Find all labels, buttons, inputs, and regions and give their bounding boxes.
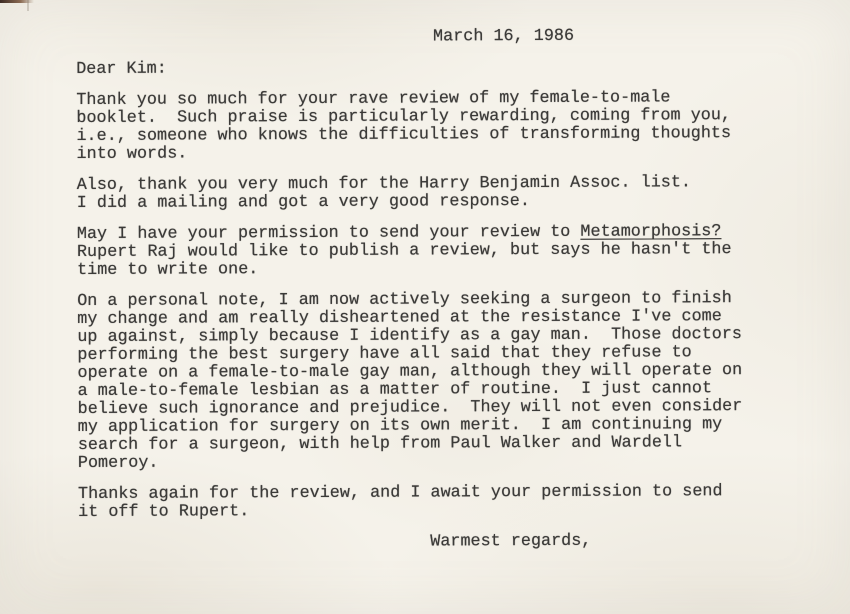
letter-paragraph: On a personal note, I am now actively se…	[77, 290, 790, 473]
scan-artifact-edge	[27, 0, 29, 11]
letter-closing: Warmest regards,	[430, 532, 790, 552]
letter-paragraph: Also, thank you very much for the Harry …	[77, 174, 789, 213]
underlined-title: Metamorphosis?	[580, 222, 721, 242]
letter-paragraph: May I have your permission to send your …	[77, 223, 789, 280]
letter-paragraph: Thank you so much for your rave review o…	[76, 89, 788, 164]
letter-salutation: Dear Kim:	[76, 58, 788, 79]
letter-body: Thank you so much for your rave review o…	[76, 89, 790, 522]
letter-paragraph: Thanks again for the review, and I await…	[78, 483, 790, 522]
letter-date: March 16, 1986	[433, 27, 788, 47]
letter-content: March 16, 1986 Dear Kim: Thank you so mu…	[76, 27, 790, 566]
letter-page: March 16, 1986 Dear Kim: Thank you so mu…	[0, 0, 850, 614]
